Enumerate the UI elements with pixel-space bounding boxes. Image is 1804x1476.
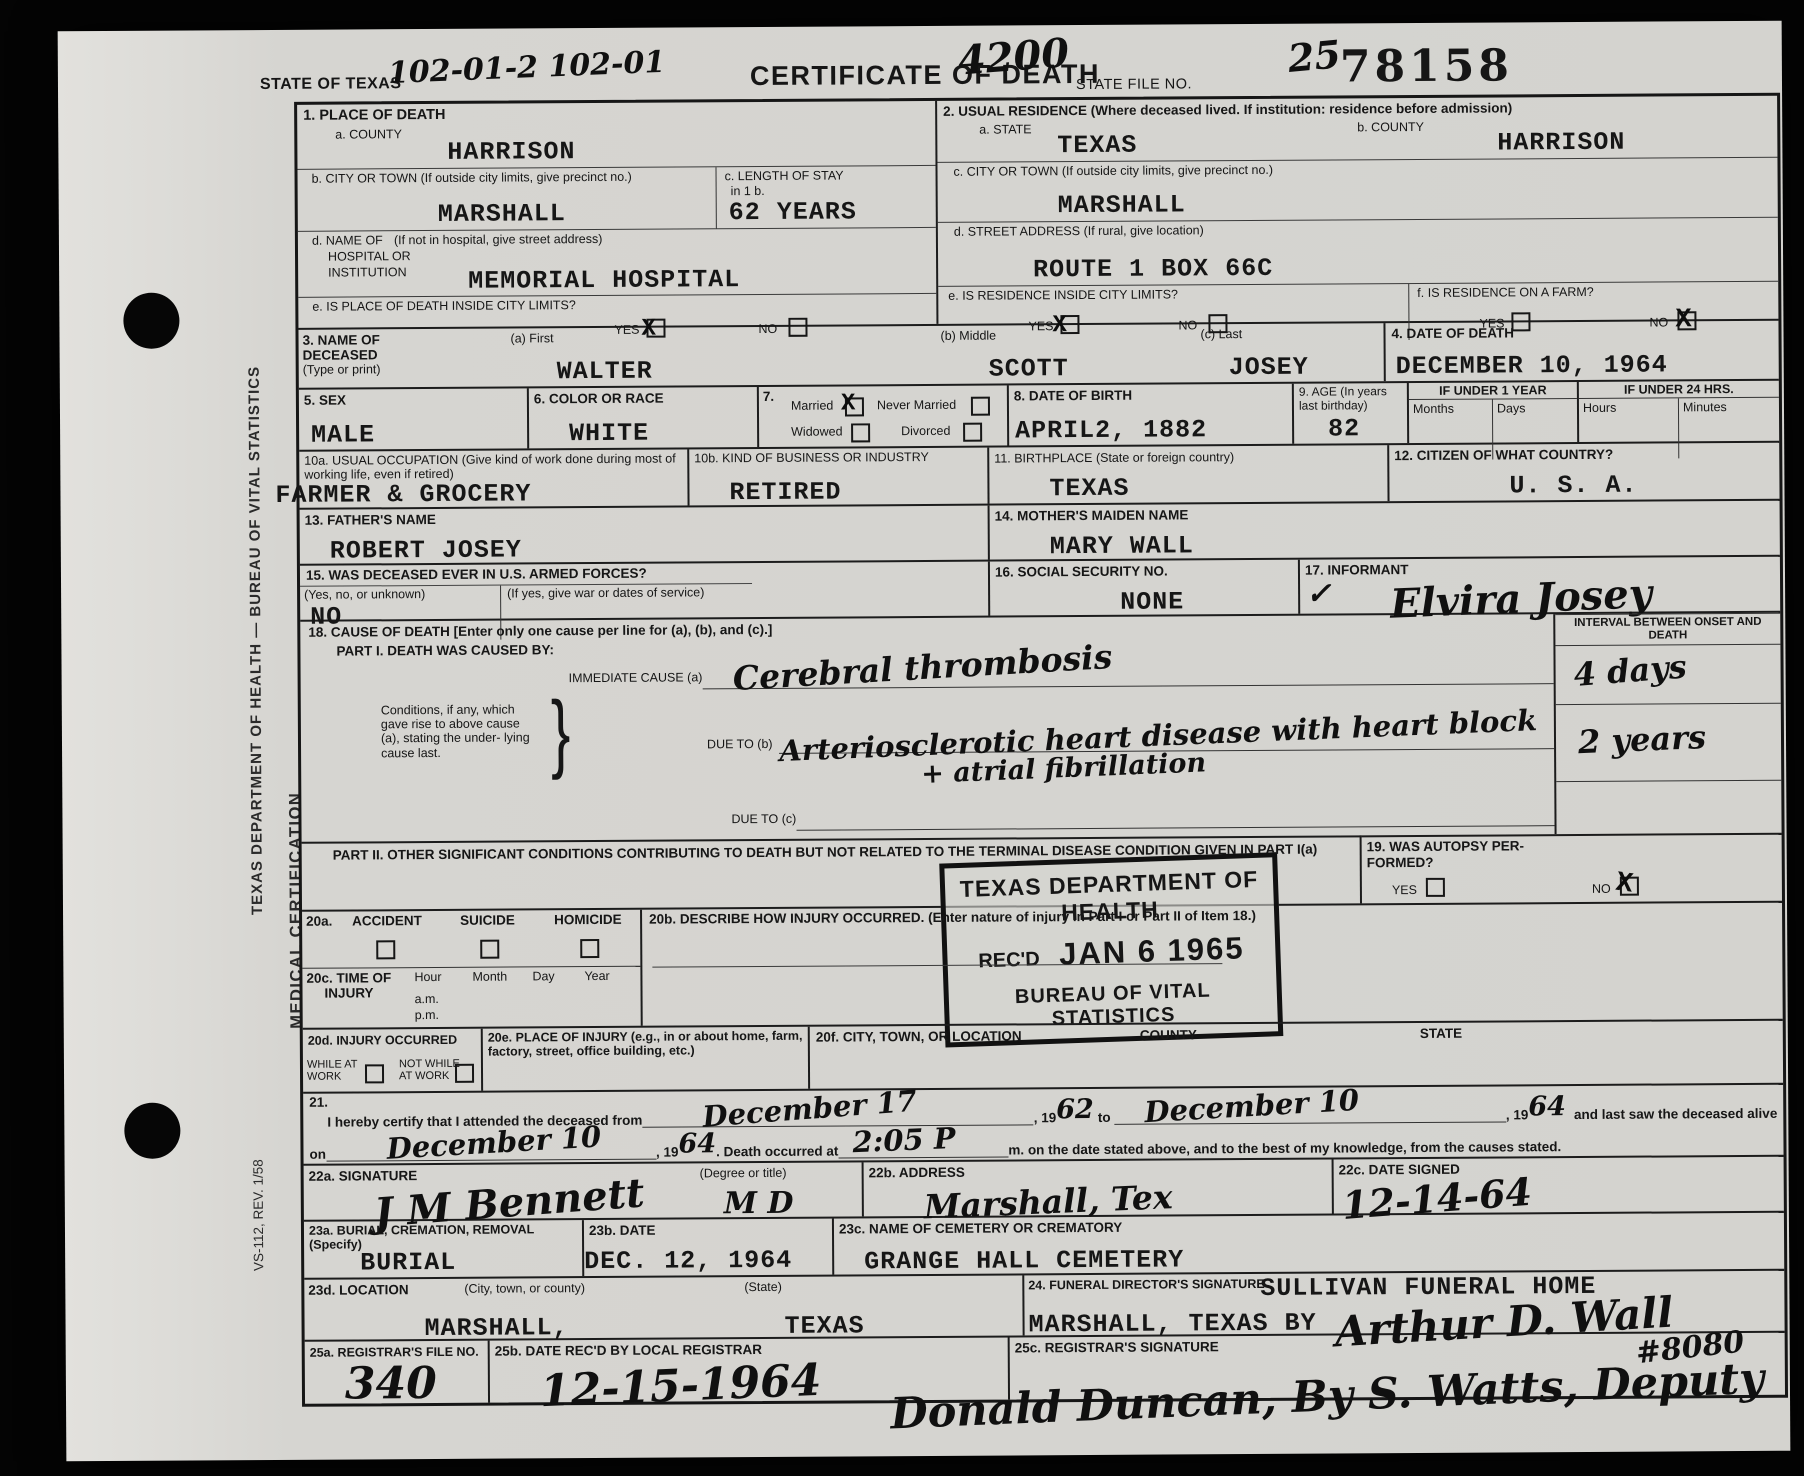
certificate-page: TEXAS DEPARTMENT OF HEALTH — BUREAU OF V…: [58, 21, 1791, 1462]
hour-label: Hour: [414, 970, 441, 985]
suicide-label: SUICIDE: [460, 913, 515, 929]
hospital-name-note: (If not in hospital, give street address…: [394, 232, 603, 248]
row-occupation-birthplace: 10a. USUAL OCCUPATION (Give kind of work…: [299, 443, 1779, 510]
registrar-file-value: 340: [345, 1358, 437, 1410]
residence-farm-label: f. IS RESIDENCE ON A FARM?: [1417, 284, 1594, 299]
certificate-form: 1. PLACE OF DEATH a. COUNTY HARRISON b. …: [294, 93, 1788, 1407]
due-to-b-label: DUE TO (b): [707, 736, 773, 751]
conditions-note: Conditions, if any, which gave rise to a…: [381, 702, 531, 760]
location-state-value: TEXAS: [784, 1311, 864, 1340]
year-62-handwriting: 62: [1056, 1094, 1094, 1125]
street-address-label: d. STREET ADDRESS (If rural, give locati…: [954, 223, 1204, 239]
not-while-checkbox: [455, 1064, 474, 1083]
row-armed-forces-ssn-informant: 15. WAS DECEASED EVER IN U.S. ARMED FORC…: [300, 557, 1780, 622]
handwritten-file-number-2: 25: [1286, 31, 1343, 81]
birthplace-label: 11. BIRTHPLACE (State or foreign country…: [994, 450, 1234, 465]
registrar-signature-label: 25c. REGISTRAR'S SIGNATURE: [1015, 1339, 1219, 1355]
state-of-texas-label: STATE OF TEXAS: [260, 75, 402, 94]
section-citizen: 12. CITIZEN OF WHAT COUNTRY? U. S. A.: [1389, 443, 1779, 501]
date-of-death-value: DECEMBER 10, 1964: [1396, 350, 1668, 381]
year-label: Year: [584, 969, 609, 984]
married-mark: X: [841, 390, 856, 417]
row-certification-statement: 21. I hereby certify that I attended the…: [303, 1085, 1783, 1166]
homicide-label: HOMICIDE: [554, 912, 622, 928]
citizen-value: U. S. A.: [1509, 471, 1637, 501]
injury-county-label: COUNTY: [1140, 1027, 1197, 1043]
section-usual-residence: 2. USUAL RESIDENCE (Where deceased lived…: [937, 96, 1778, 324]
certify-19c: , 19: [656, 1145, 679, 1160]
section-20b: 20b. DESCRIBE HOW INJURY OCCURRED. (Ente…: [642, 903, 1783, 1026]
degree-handwriting: M D: [724, 1186, 794, 1221]
length-of-stay-label: c. LENGTH OF STAY: [725, 168, 844, 183]
ssn-label: 16. SOCIAL SECURITY NO.: [995, 564, 1168, 580]
name-title-3: (Type or print): [303, 362, 381, 377]
death-certificate-scan: { "header": { "state_of_texas": "STATE O…: [0, 0, 1804, 1476]
cemetery-label: 23c. NAME OF CEMETERY OR CREMATORY: [839, 1220, 1122, 1237]
row-injury-type: 20a. ACCIDENT SUICIDE HOMICIDE 20c. TIME…: [302, 903, 1783, 1030]
section-birthplace: 11. BIRTHPLACE (State or foreign country…: [989, 445, 1389, 503]
mothers-name-value: MARY WALL: [1050, 531, 1194, 561]
cemetery-value: GRANGE HALL CEMETERY: [864, 1245, 1184, 1276]
death-inside-city-limits-label: e. IS PLACE OF DEATH INSIDE CITY LIMITS?: [312, 298, 576, 314]
divorced-checkbox: [963, 423, 982, 442]
section-25a: 25a. REGISTRAR'S FILE NO. 340: [305, 1341, 490, 1404]
form-header: STATE OF TEXAS 102-01-2 102-01 CERTIFICA…: [58, 21, 1782, 104]
registrar-signature-value: Donald Duncan, By S. Watts, Deputy: [889, 1354, 1765, 1440]
citizen-label: 12. CITIZEN OF WHAT COUNTRY?: [1394, 447, 1613, 463]
street-address-value: ROUTE 1 BOX 66C: [1033, 253, 1273, 283]
time-of-death-handwriting: 2:05 P: [852, 1121, 956, 1159]
never-married-label: Never Married: [877, 398, 956, 413]
stamped-certificate-number: 78158: [1340, 40, 1513, 92]
injury-answer-line: [652, 962, 1222, 967]
fathers-name-value: ROBERT JOSEY: [330, 535, 522, 565]
autopsy-no-mark: X: [1614, 868, 1635, 901]
margin-department-text: TEXAS DEPARTMENT OF HEALTH — BUREAU OF V…: [245, 250, 267, 1030]
section-20f: 20f. CITY, TOWN, OR LOCATION COUNTY STAT…: [810, 1021, 1783, 1089]
occupation-label: 10a. USUAL OCCUPATION (Give kind of work…: [304, 451, 682, 482]
certify-text-2: and last saw the deceased alive: [1574, 1106, 1777, 1122]
injury-state-label: STATE: [1420, 1026, 1462, 1042]
due-to-c-label: DUE TO (c): [731, 812, 796, 827]
section-business-industry: 10b. KIND OF BUSINESS OR INDUSTRY RETIRE…: [689, 448, 989, 506]
state-file-no-label: STATE FILE NO.: [1076, 76, 1192, 93]
row-physician-signature: 22a. SIGNATURE J M Bennett (Degree or ti…: [304, 1157, 1784, 1222]
date-of-birth-label: 8. DATE OF BIRTH: [1014, 388, 1132, 404]
section-if-under-24-hrs: IF UNDER 24 HRS. Hours Minutes: [1579, 381, 1779, 442]
day-label: Day: [532, 969, 554, 984]
section-informant: 17. INFORMANT ✓ Elvira Josey: [1300, 557, 1780, 614]
autopsy-label: 19. WAS AUTOPSY PER- FORMED?: [1367, 838, 1547, 870]
while-at-work-label2: WORK: [307, 1071, 341, 1084]
injury-city-label: 20f. CITY, TOWN, OR LOCATION: [816, 1028, 1022, 1045]
margin-form-code: VS-112, REV. 1/58: [250, 1090, 267, 1340]
section-mothers-maiden-name: 14. MOTHER'S MAIDEN NAME MARY WALL: [990, 501, 1780, 560]
section-cause-of-death: 18. CAUSE OF DEATH [Enter only one cause…: [300, 614, 1556, 842]
section-23a: 23a. BURIAL, CREMATION, REMOVAL (Specify…: [304, 1220, 584, 1278]
first-name-value: WALTER: [557, 357, 653, 387]
immediate-cause-label: IMMEDIATE CAUSE (a): [569, 670, 703, 685]
section-sex: 5. SEX MALE: [299, 388, 529, 449]
location-city-value: MARSHALL,: [424, 1313, 568, 1343]
race-label: 6. COLOR OR RACE: [534, 391, 664, 407]
handwritten-file-number: 4200: [956, 29, 1071, 84]
part1-label: PART I. DEATH WAS CAUSED BY:: [336, 642, 554, 659]
degree-label: (Degree or title): [700, 1166, 787, 1181]
row-sex-race-marital: 5. SEX MALE 6. COLOR OR RACE WHITE 7. Ma…: [299, 381, 1779, 452]
residence-county-value: HARRISON: [1497, 127, 1625, 157]
section-autopsy: 19. WAS AUTOPSY PER- FORMED? YES NO X: [1362, 833, 1782, 904]
mothers-name-label: 14. MOTHER'S MAIDEN NAME: [995, 507, 1189, 523]
describe-injury-label: 20b. DESCRIBE HOW INJURY OCCURRED. (Ente…: [647, 905, 1777, 927]
hospital-value: MEMORIAL HOSPITAL: [468, 265, 740, 296]
section-fathers-name: 13. FATHER'S NAME ROBERT JOSEY: [300, 506, 990, 564]
certify-19b: , 19: [1506, 1107, 1529, 1122]
section-marital-status: 7. Married X Never Married Widowed Divor…: [759, 385, 1009, 447]
first-name-label: (a) First: [510, 331, 553, 346]
burial-date-label: 23b. DATE: [589, 1223, 656, 1238]
section-interval-column: INTERVAL BETWEEN ONSET AND DEATH 4 days …: [1555, 613, 1781, 834]
section-date-of-death: 4. DATE OF DEATH DECEMBER 10, 1964: [1383, 321, 1778, 381]
month-label: Month: [472, 970, 507, 985]
widowed-label: Widowed: [791, 424, 843, 439]
section-usual-occupation: 10a. USUAL OCCUPATION (Give kind of work…: [299, 449, 689, 507]
funeral-director-label: 24. FUNERAL DIRECTOR'S SIGNATURE: [1028, 1277, 1264, 1293]
accident-label: ACCIDENT: [352, 913, 422, 929]
residence-state-value: TEXAS: [1057, 130, 1137, 159]
hospital-name-label: d. NAME OF: [312, 233, 383, 248]
year-64a-handwriting: 64: [1528, 1091, 1566, 1122]
section-22b: 22b. ADDRESS Marshall, Tex: [864, 1160, 1334, 1217]
certify-text-4: m. on the date stated above, and to the …: [1008, 1139, 1561, 1157]
section-23b: 23b. DATE DEC. 12, 1964: [584, 1219, 834, 1277]
suicide-checkbox: [480, 940, 499, 959]
armed-forces-note2: (If yes, give war or dates of service): [507, 585, 704, 601]
accident-section-label: 20a.: [306, 914, 332, 930]
section-24: 24. FUNERAL DIRECTOR'S SIGNATURE SULLIVA…: [1024, 1271, 1784, 1336]
institution-label: INSTITUTION: [328, 265, 407, 280]
section-20d: 20d. INJURY OCCURRED WHILE AT WORK NOT W…: [303, 1029, 483, 1092]
signature-label: 22a. SIGNATURE: [309, 1168, 418, 1184]
pm-label: p.m.: [415, 1008, 439, 1023]
occupation-value: FARMER & GROCERY: [275, 479, 531, 510]
section-if-under-1-year: IF UNDER 1 YEAR Months Days: [1409, 382, 1579, 443]
section-20e: 20e. PLACE OF INJURY (e.g., in or about …: [483, 1027, 810, 1091]
business-label: 10b. KIND OF BUSINESS OR INDUSTRY: [694, 450, 982, 466]
section-color-or-race: 6. COLOR OR RACE WHITE: [529, 387, 759, 448]
certify-text-3: . Death occurred at: [716, 1144, 838, 1160]
length-of-stay-value: 62 YEARS: [729, 197, 857, 227]
am-label: a.m.: [415, 992, 439, 1007]
residence-state-label: a. STATE: [979, 122, 1031, 137]
punch-hole-top: [123, 293, 179, 349]
row-parents: 13. FATHER'S NAME ROBERT JOSEY 14. MOTHE…: [300, 501, 1780, 566]
autopsy-yes-checkbox: [1426, 878, 1445, 897]
residence-city-label: c. CITY OR TOWN (If outside city limits,…: [953, 162, 1273, 178]
while-at-work-label1: WHILE AT: [307, 1059, 358, 1072]
homicide-checkbox: [580, 939, 599, 958]
section-20a-20c: 20a. ACCIDENT SUICIDE HOMICIDE 20c. TIME…: [302, 910, 643, 1028]
city-value: MARSHALL: [438, 199, 566, 229]
accident-checkbox: [376, 940, 395, 959]
age-value: 82: [1328, 414, 1360, 443]
not-while-label1: NOT WHILE: [399, 1058, 460, 1071]
section-ssn: 16. SOCIAL SECURITY NO. NONE: [990, 560, 1300, 616]
middle-name-value: SCOTT: [989, 354, 1069, 383]
section-22c: 22c. DATE SIGNED 12-14-64: [1334, 1157, 1784, 1214]
date-recd-value: 12-15-1964: [539, 1355, 822, 1417]
name-title-1: 3. NAME OF: [302, 332, 379, 348]
autopsy-yes-label: YES: [1392, 883, 1417, 898]
residence-city-value: MARSHALL: [1058, 190, 1186, 220]
armed-forces-note1: (Yes, no, or unknown): [304, 587, 425, 602]
not-while-label2: AT WORK: [399, 1070, 449, 1083]
under-1-year-label: IF UNDER 1 YEAR: [1409, 382, 1577, 400]
interval-b-value: 2 years: [1577, 718, 1706, 761]
attended-to-handwriting: December 10: [1144, 1083, 1360, 1129]
last-name-label: (c) Last: [1200, 327, 1242, 342]
row-injury-place: 20d. INJURY OCCURRED WHILE AT WORK NOT W…: [303, 1021, 1783, 1094]
while-at-work-checkbox: [365, 1064, 384, 1083]
armed-forces-label: 15. WAS DECEASED EVER IN U.S. ARMED FORC…: [300, 563, 752, 586]
interval-header: INTERVAL BETWEEN ONSET AND DEATH: [1555, 614, 1780, 647]
sex-label: 5. SEX: [304, 393, 346, 408]
burial-value: BURIAL: [360, 1248, 456, 1278]
never-married-checkbox: [971, 397, 990, 416]
place-of-injury-label: 20e. PLACE OF INJURY (e.g., in or about …: [488, 1029, 803, 1060]
burial-date-value: DEC. 12, 1964: [584, 1246, 792, 1276]
location-note2: (State): [744, 1280, 782, 1295]
certify-on-label: on: [309, 1147, 326, 1162]
section-date-of-birth: 8. DATE OF BIRTH APRIL2, 1882: [1009, 384, 1294, 446]
date-recd-label: 25b. DATE REC'D BY LOCAL REGISTRAR: [495, 1342, 762, 1359]
section-22a: 22a. SIGNATURE J M Bennett (Degree or ti…: [304, 1162, 864, 1219]
row-name-of-deceased: 3. NAME OF DECEASED (Type or print) (a) …: [298, 321, 1778, 390]
row-location-funeral-director: 23d. LOCATION (City, town, or county) (S…: [304, 1271, 1784, 1342]
marital-label: 7.: [763, 389, 774, 405]
date-of-birth-value: APRIL2, 1882: [1015, 415, 1207, 445]
hospital-or-label: HOSPITAL OR: [328, 249, 411, 264]
race-value: WHITE: [569, 419, 649, 448]
certify-to-label: to: [1098, 1110, 1111, 1125]
row-burial: 23a. BURIAL, CREMATION, REMOVAL (Specify…: [304, 1213, 1784, 1280]
row-registrar: 25a. REGISTRAR'S FILE NO. 340 25b. DATE …: [305, 1333, 1785, 1404]
widowed-checkbox: [851, 423, 870, 442]
location-note1: (City, town, or county): [464, 1281, 585, 1296]
injury-occurred-label: 20d. INJURY OCCURRED: [308, 1033, 457, 1048]
divorced-label: Divorced: [901, 424, 950, 439]
row-place-residence: 1. PLACE OF DEATH a. COUNTY HARRISON b. …: [297, 96, 1778, 330]
interval-a-value: 4 days: [1572, 648, 1688, 694]
section-25c: 25c. REGISTRAR'S SIGNATURE Donald Duncan…: [1010, 1333, 1785, 1400]
section-armed-forces: 15. WAS DECEASED EVER IN U.S. ARMED FORC…: [300, 562, 990, 620]
date-of-death-label: 4. DATE OF DEATH: [1391, 325, 1514, 341]
business-value: RETIRED: [729, 477, 841, 507]
birthplace-value: TEXAS: [1049, 474, 1129, 503]
time-of-injury-label2: INJURY: [324, 985, 373, 1001]
section-23d: 23d. LOCATION (City, town, or county) (S…: [304, 1275, 1024, 1339]
conditions-brace: }: [551, 689, 571, 776]
middle-name-label: (b) Middle: [940, 329, 996, 344]
fathers-name-label: 13. FATHER'S NAME: [305, 512, 436, 528]
informant-checkmark: ✓: [1306, 577, 1331, 612]
under-24-hrs-label: IF UNDER 24 HRS.: [1579, 381, 1779, 400]
funeral-home-typed2: MARSHALL, TEXAS BY: [1028, 1309, 1316, 1340]
name-title-2: DECEASED: [303, 347, 378, 363]
length-of-stay-sublabel: in 1 b.: [731, 184, 765, 199]
sex-value: MALE: [311, 420, 375, 449]
city-label: b. CITY OR TOWN (If outside city limits,…: [312, 169, 702, 186]
informant-label: 17. INFORMANT: [1305, 562, 1409, 578]
time-of-injury-label1: 20c. TIME OF: [306, 970, 391, 986]
punch-hole-bottom: [124, 1103, 180, 1159]
autopsy-no-label: NO: [1592, 881, 1611, 895]
last-name-value: JOSEY: [1229, 353, 1309, 382]
residence-county-label: b. COUNTY: [1357, 119, 1424, 134]
residence-inside-city-label: e. IS RESIDENCE INSIDE CITY LIMITS?: [948, 287, 1178, 303]
section-age: 9. AGE (In years last birthday) 82: [1294, 383, 1409, 444]
row-cause-of-death: 18. CAUSE OF DEATH [Enter only one cause…: [300, 613, 1781, 842]
ssn-value: NONE: [1120, 587, 1184, 616]
certify-19a: , 19: [1034, 1110, 1057, 1125]
county-value: HARRISON: [447, 137, 575, 167]
location-label: 23d. LOCATION: [308, 1282, 408, 1298]
married-label: Married: [791, 399, 833, 414]
county-label: a. COUNTY: [335, 127, 402, 142]
certify-number-label: 21.: [309, 1095, 328, 1111]
handwritten-codes: 102-01-2 102-01: [387, 45, 666, 91]
age-label: 9. AGE (In years last birthday): [1299, 385, 1399, 413]
section-place-of-death: 1. PLACE OF DEATH a. COUNTY HARRISON b. …: [297, 101, 938, 328]
address-label: 22b. ADDRESS: [869, 1165, 965, 1181]
section-name-of-deceased: 3. NAME OF DECEASED (Type or print) (a) …: [298, 323, 1383, 388]
section-23c: 23c. NAME OF CEMETERY OR CREMATORY GRANG…: [834, 1213, 1784, 1275]
